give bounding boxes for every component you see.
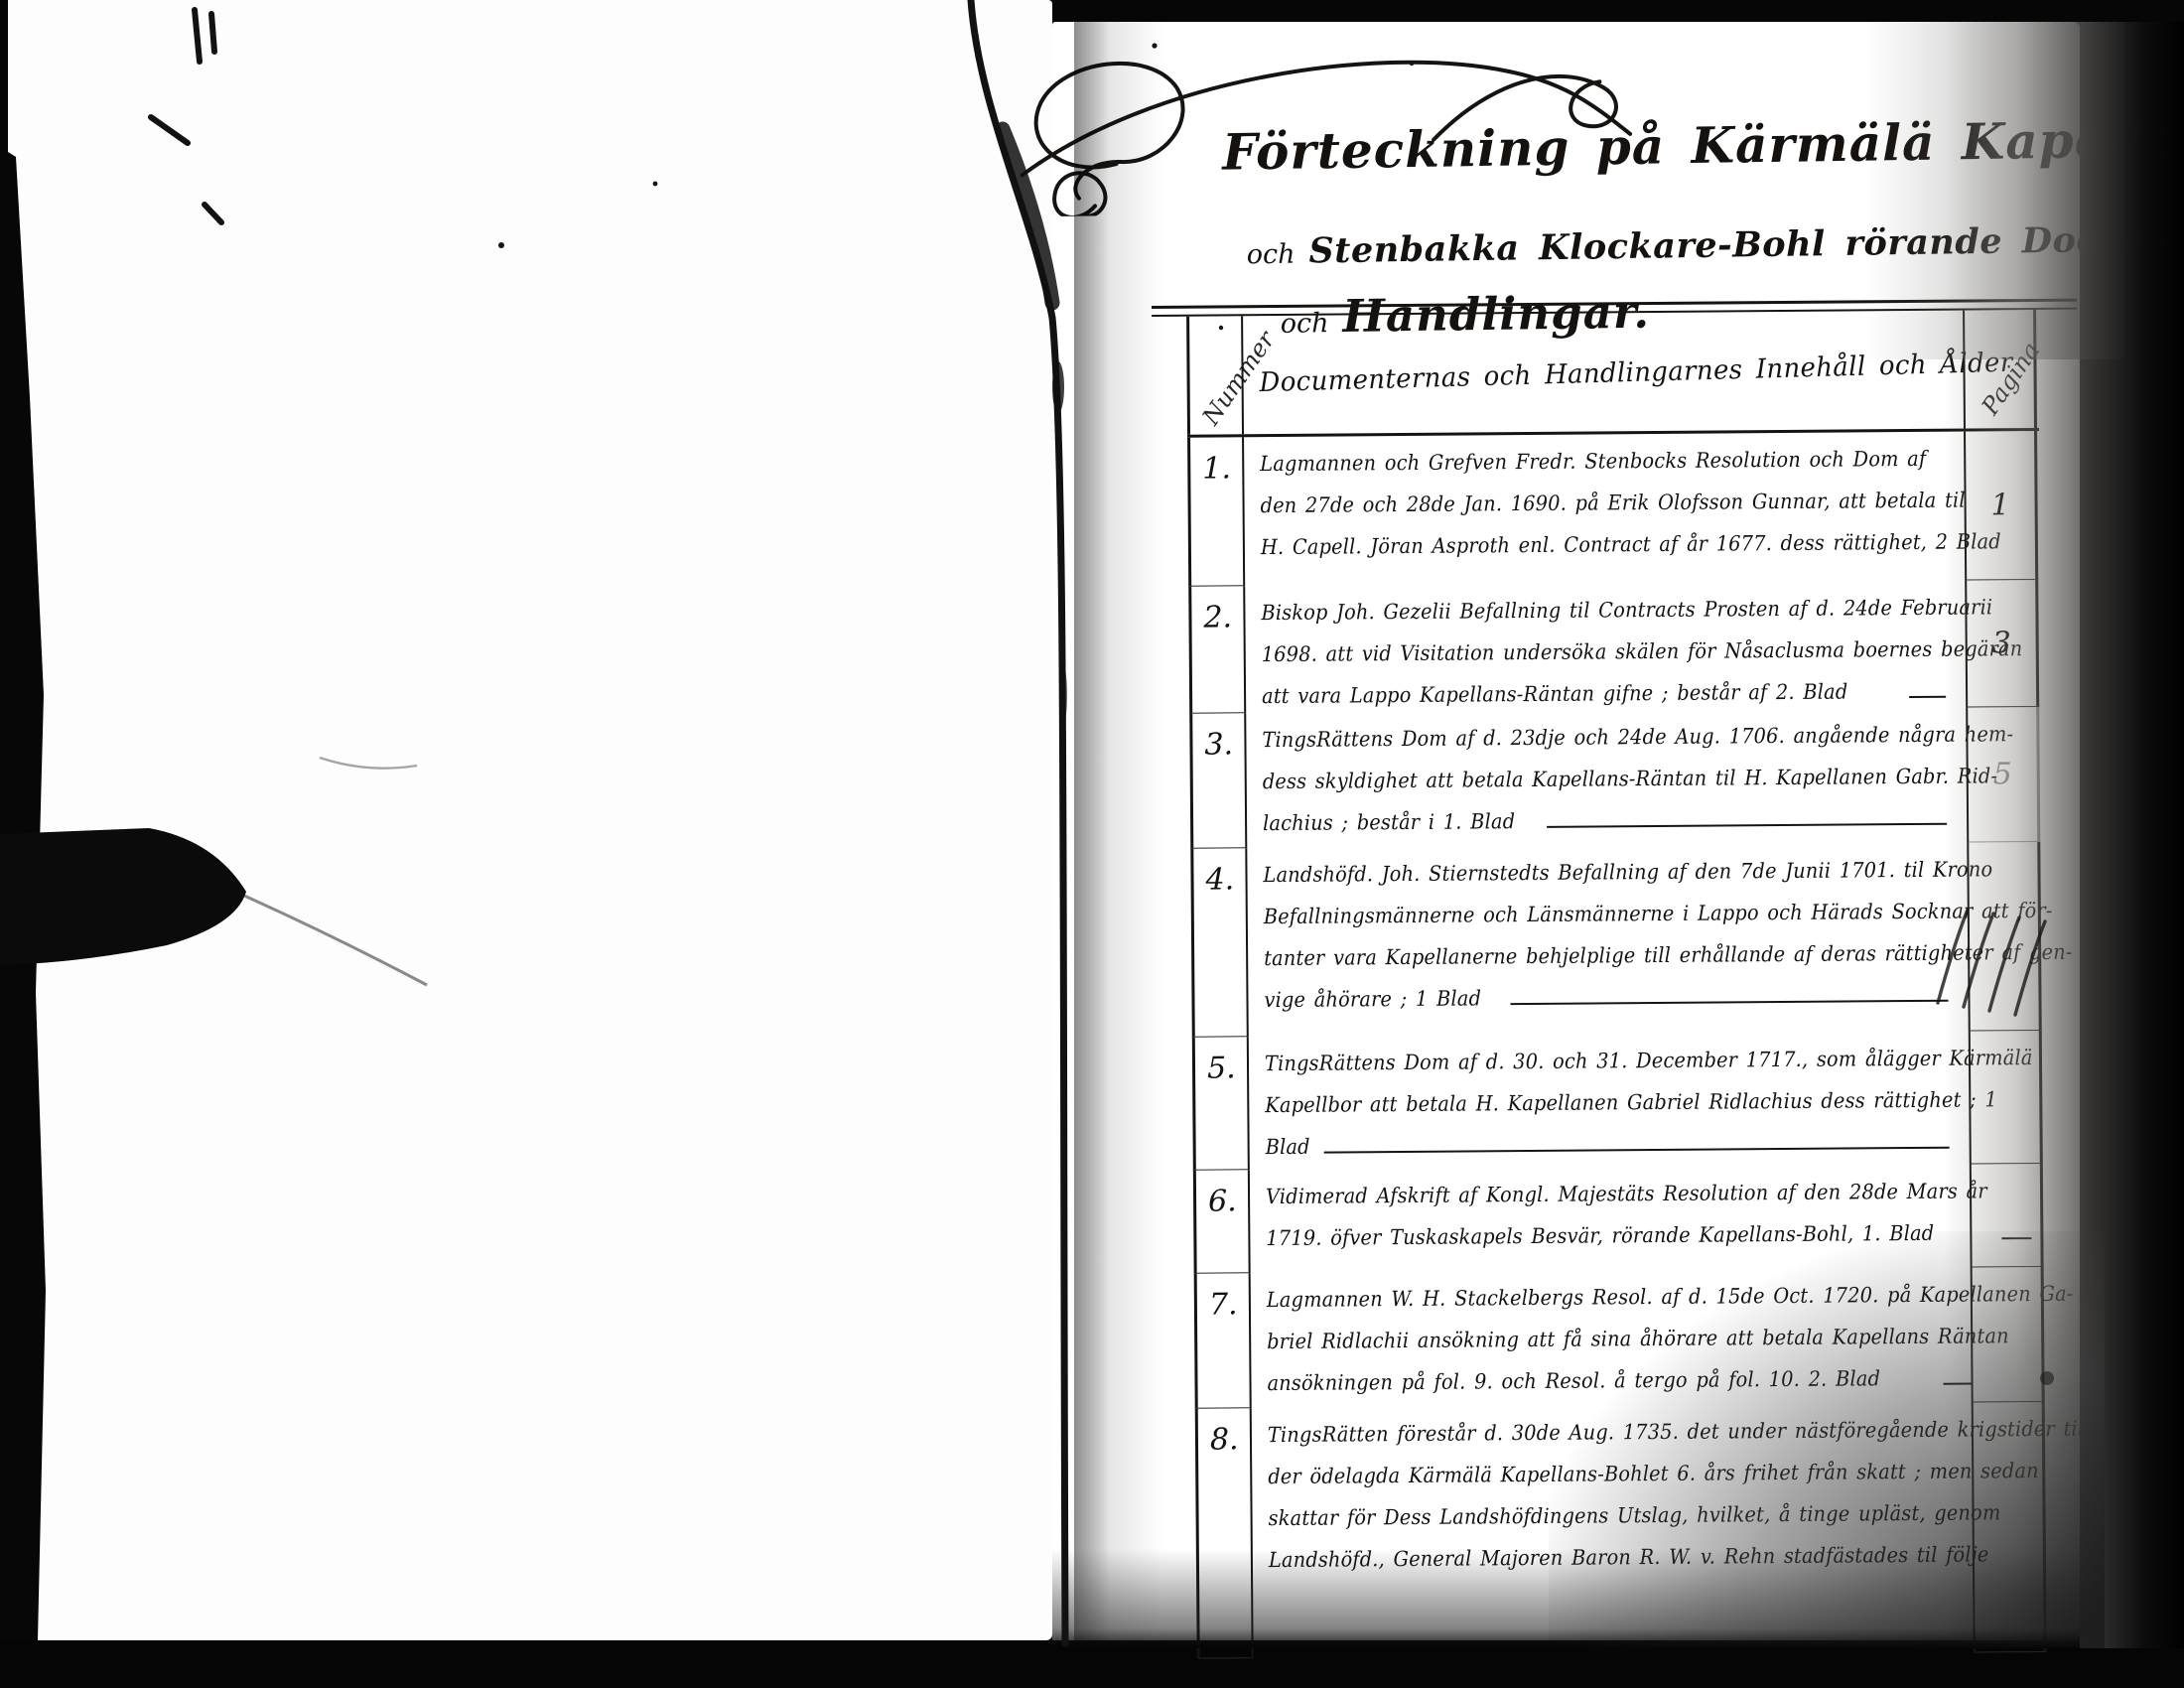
trailing-rule [1909,696,1946,698]
table-row-3: 3. TingsRättens Dom af d. 23dje och 24de… [1189,707,2042,849]
entry-number: 4. [1190,848,1246,1037]
entry-text: Lagmannen och Grefven Fredr. Stenbocks R… [1242,432,1967,587]
entry-number: 5. [1192,1037,1248,1170]
entry-number: 2. [1188,586,1244,713]
entry-line: H. Capell. Jöran Asproth enl. Contract a… [1261,520,2001,568]
entry-number: 3. [1189,713,1245,848]
entry-line: 1698. att vid Visitation undersöka skäle… [1262,628,2023,675]
trailing-rule [1324,1147,1950,1154]
shade-page-bottom [1052,1549,2080,1648]
table-row-2: 2. Biskop Joh. Gezelii Befallning til Co… [1188,580,2041,714]
entry-line: lachius ; består i 1. Blad [1263,800,1515,844]
header-cell-nummer: Nummer [1186,316,1242,434]
left-page-blank [8,0,1052,1640]
entry-line: TingsRättens Dom af d. 30. och 31. Decem… [1265,1037,2033,1084]
table-row-4: 4. Landshöfd. Joh. Stiernstedts Befallni… [1190,842,2043,1038]
trailing-rule [1510,1000,1948,1005]
entry-text: TingsRättens Dom af d. 30. och 31. Decem… [1247,1032,1972,1171]
entry-number: 7. [1194,1273,1250,1408]
entry-text: Biskop Joh. Gezelii Befallning til Contr… [1243,581,1968,714]
header-cell-content: Documenternas och Handlingarnes Innehåll… [1241,311,1966,435]
entry-line: den 27de och 28de Jan. 1690. på Erik Olo… [1260,480,1965,527]
entry-line: Kapellbor att betala H. Kapellanen Gabri… [1265,1078,1997,1126]
table-row-5: 5. TingsRättens Dom af d. 30. och 31. De… [1192,1031,2045,1171]
table-row-1: 1. Lagmannen och Grefven Fredr. Stenbock… [1187,431,2040,587]
entry-number: 6. [1193,1170,1249,1273]
entry-line: dess skyldighet att betala Kapellans-Rän… [1263,755,1998,802]
entry-line: TingsRättens Dom af d. 23dje och 24de Au… [1262,713,2013,761]
title-line-2-prefix: och [1247,239,1296,271]
entry-line: Landshöfd. Joh. Stiernstedts Befallning … [1263,848,1992,896]
scanned-book-spread: Förteckning på Kärmälä Kapellans- ochSte… [0,0,2184,1688]
entry-line: Vidimerad Afskrift af Kongl. Majestäts R… [1266,1170,1987,1217]
entry-text: Landshöfd. Joh. Stiernstedts Befallning … [1245,843,1970,1038]
gutter-shadow [1074,22,1163,1648]
entry-text: TingsRättens Dom af d. 23dje och 24de Au… [1244,708,1969,849]
entry-line: Lagmannen och Grefven Fredr. Stenbocks R… [1260,438,1926,485]
entry-line: Biskop Joh. Gezelii Befallning til Contr… [1261,586,1992,633]
entry-line: vige åhörare ; 1 Blad [1264,977,1481,1021]
entry-line: Befallningsmännerne och Länsmännerne i L… [1264,890,2053,937]
trailing-rule [1547,823,1947,828]
entry-line: Blad [1265,1126,1309,1168]
entry-number: 1. [1187,437,1243,586]
entry-line: att vara Lappo Kapellans-Räntan gifne ; … [1262,671,1848,718]
